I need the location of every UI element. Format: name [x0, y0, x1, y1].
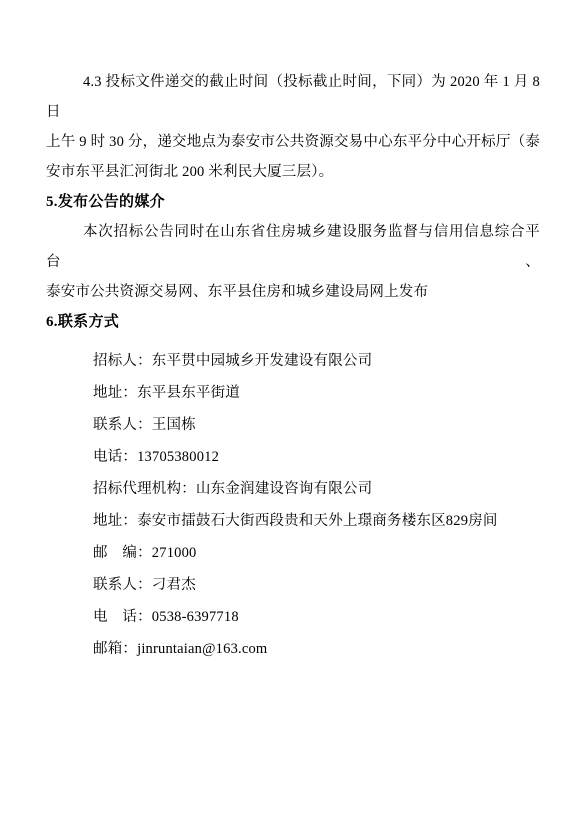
paragraph-line: 安市东平县汇河街北 200 米利民大厦三层）。	[46, 157, 540, 187]
paragraph-announcement-media: 本次招标公告同时在山东省住房城乡建设服务监督与信用信息综合平台、 泰安市公共资源…	[46, 217, 540, 307]
document-page: 4.3 投标文件递交的截止时间（投标截止时间，下同）为 2020 年 1 月 8…	[0, 0, 587, 832]
section-6-heading: 6.联系方式	[46, 307, 540, 337]
contact-block: 招标人：东平贯中园城乡开发建设有限公司 地址：东平县东平街道 联系人：王国栋 电…	[46, 345, 540, 665]
contact-line-agency-address: 地址：泰安市擂鼓石大街西段贵和天外上璟商务楼东区829房间	[93, 505, 540, 537]
contact-line-agency-email: 邮箱：jinruntaian@163.com	[93, 633, 540, 665]
contact-line-tenderer: 招标人：东平贯中园城乡开发建设有限公司	[93, 345, 540, 377]
paragraph-line: 4.3 投标文件递交的截止时间（投标截止时间，下同）为 2020 年 1 月 8…	[46, 67, 540, 127]
document-content: 4.3 投标文件递交的截止时间（投标截止时间，下同）为 2020 年 1 月 8…	[46, 67, 540, 665]
paragraph-line: 本次招标公告同时在山东省住房城乡建设服务监督与信用信息综合平台、	[46, 217, 540, 277]
contact-line-tenderer-phone: 电话：13705380012	[93, 441, 540, 473]
contact-line-agency-contact-person: 联系人：刁君杰	[93, 569, 540, 601]
paragraph-line: 泰安市公共资源交易网、东平县住房和城乡建设局网上发布	[46, 277, 540, 307]
contact-line-tenderer-address: 地址：东平县东平街道	[93, 377, 540, 409]
contact-line-agency-phone: 电 话：0538-6397718	[93, 601, 540, 633]
contact-line-tenderer-contact-person: 联系人：王国栋	[93, 409, 540, 441]
contact-line-agency: 招标代理机构：山东金润建设咨询有限公司	[93, 473, 540, 505]
contact-line-agency-postcode: 邮 编：271000	[93, 537, 540, 569]
section-5-heading: 5.发布公告的媒介	[46, 187, 540, 217]
paragraph-bid-deadline: 4.3 投标文件递交的截止时间（投标截止时间，下同）为 2020 年 1 月 8…	[46, 67, 540, 187]
paragraph-line: 上午 9 时 30 分，递交地点为泰安市公共资源交易中心东平分中心开标厅（泰	[46, 127, 540, 157]
